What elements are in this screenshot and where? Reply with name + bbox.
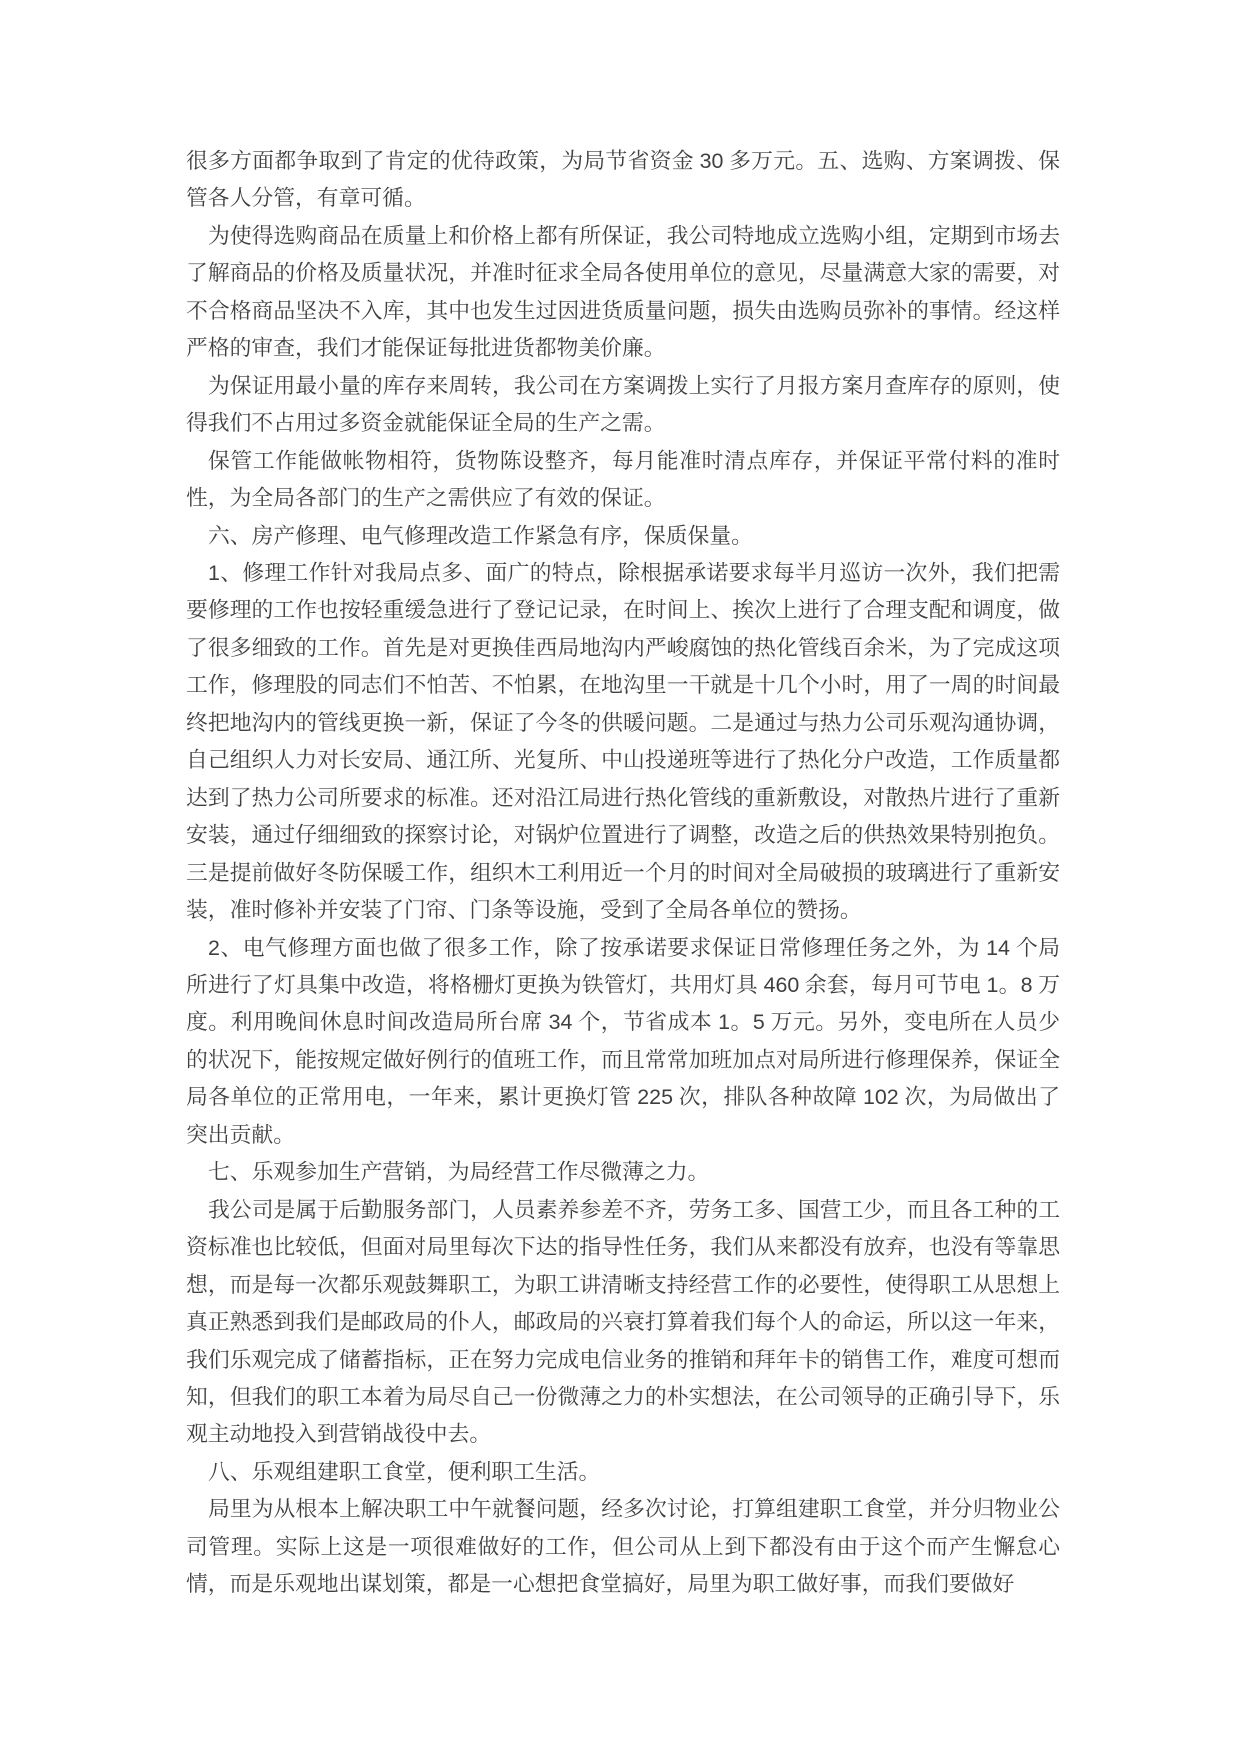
- paragraph: 我公司是属于后勤服务部门，人员素养参差不齐，劳务工多、国营工少，而且各工种的工资…: [186, 1192, 1060, 1454]
- document-page: 很多方面都争取到了肯定的优待政策，为局节省资金 30 多万元。五、选购、方案调拨…: [0, 0, 1240, 1753]
- section-heading: 八、乐观组建职工食堂，便利职工生活。: [186, 1454, 1060, 1491]
- paragraph: 局里为从根本上解决职工中午就餐问题，经多次讨论，打算组建职工食堂，并分归物业公司…: [186, 1491, 1060, 1603]
- paragraph: 保管工作能做帐物相符，货物陈设整齐，每月能准时清点库存，并保证平常付料的准时性，…: [186, 443, 1060, 518]
- section-heading: 七、乐观参加生产营销，为局经营工作尽微薄之力。: [186, 1154, 1060, 1191]
- document-body: 很多方面都争取到了肯定的优待政策，为局节省资金 30 多万元。五、选购、方案调拨…: [186, 143, 1060, 1604]
- paragraph: 为保证用最小量的库存来周转，我公司在方案调拨上实行了月报方案月查库存的原则，使得…: [186, 368, 1060, 443]
- paragraph: 1、修理工作针对我局点多、面广的特点，除根据承诺要求每半月巡访一次外，我们把需要…: [186, 555, 1060, 930]
- paragraph: 为使得选购商品在质量上和价格上都有所保证，我公司特地成立选购小组，定期到市场去了…: [186, 218, 1060, 368]
- section-heading: 六、房产修理、电气修理改造工作紧急有序，保质保量。: [186, 518, 1060, 555]
- paragraph: 很多方面都争取到了肯定的优待政策，为局节省资金 30 多万元。五、选购、方案调拨…: [186, 143, 1060, 218]
- paragraph: 2、电气修理方面也做了很多工作，除了按承诺要求保证日常修理任务之外，为 14 个…: [186, 930, 1060, 1155]
